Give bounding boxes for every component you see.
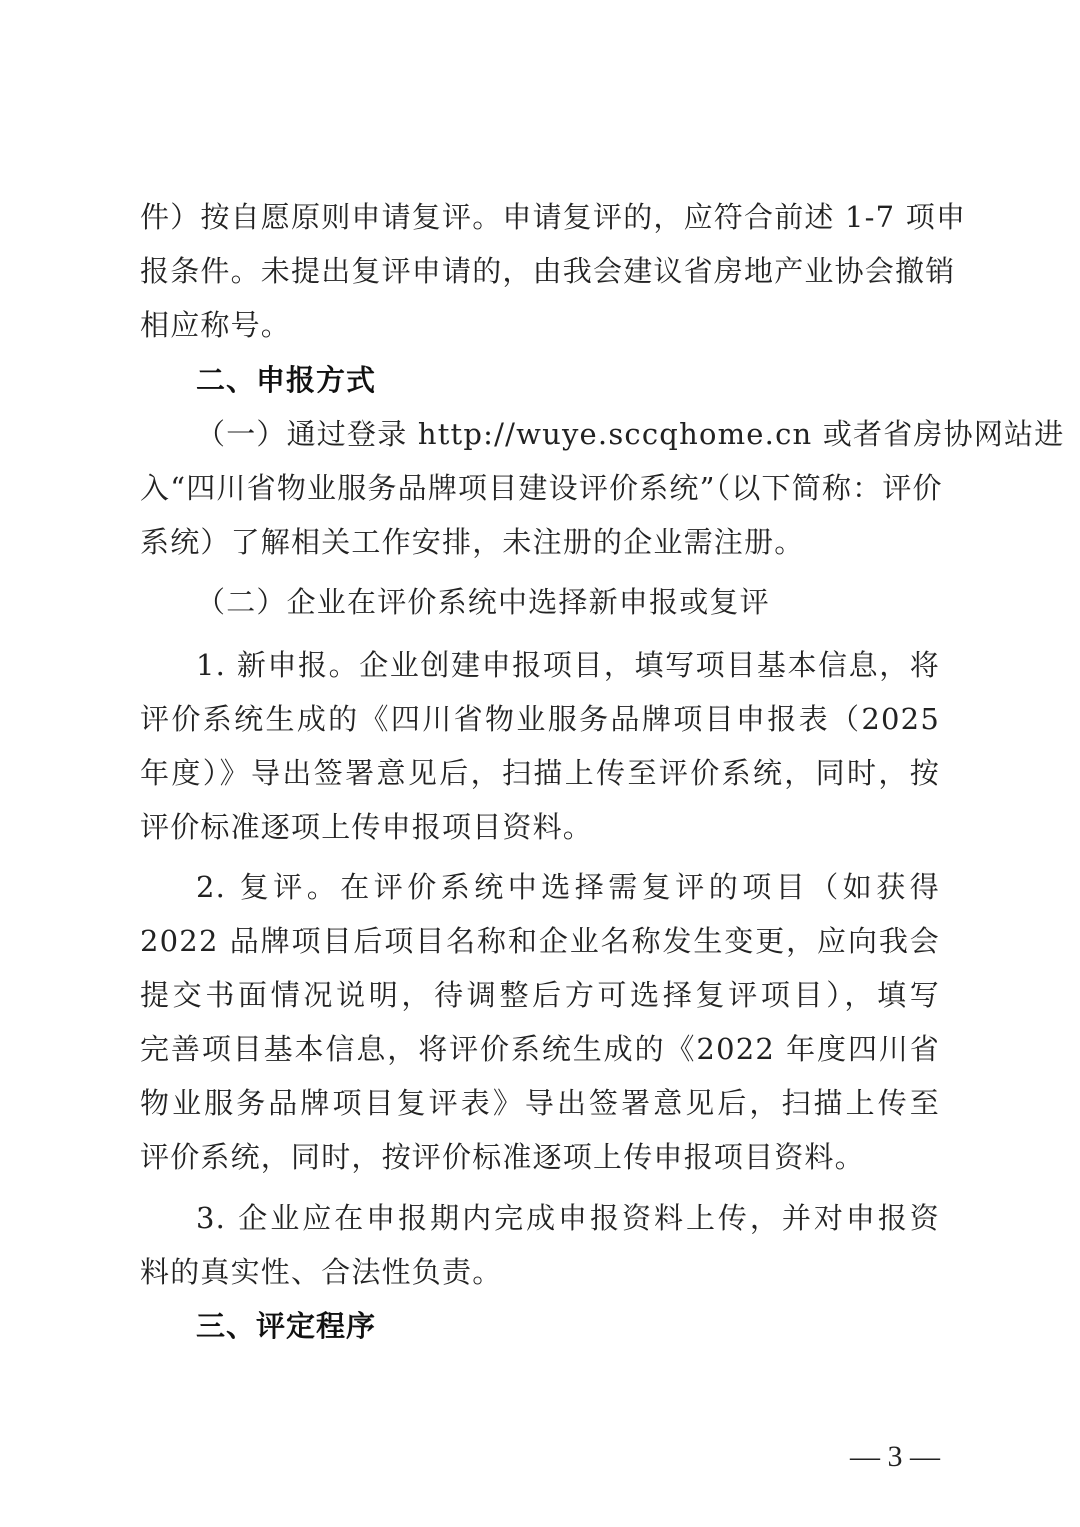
page-number: — 3 — <box>850 1437 940 1477</box>
paragraph-line: 2022 品牌项目后项目名称和企业名称发生变更，应向我会 <box>140 921 940 961</box>
paragraph-line: 3. 企业应在申报期内完成申报资料上传，并对申报资 <box>196 1198 940 1238</box>
paragraph-line: 1. 新申报。企业创建申报项目，填写项目基本信息，将 <box>196 645 940 685</box>
section-heading-submission-method: 二、申报方式 <box>196 360 376 400</box>
paragraph-line: 系统）了解相关工作安排，未注册的企业需注册。 <box>140 522 940 562</box>
document-page: 件）按自愿原则申请复评。申请复评的，应符合前述 1-7 项申 报条件。未提出复评… <box>0 0 1080 1527</box>
paragraph-line: 物业服务品牌项目复评表》导出签署意见后，扫描上传至 <box>140 1083 940 1123</box>
paragraph-line: （二）企业在评价系统中选择新申报或复评 <box>196 582 940 622</box>
paragraph-line: 相应称号。 <box>140 305 940 345</box>
paragraph-line: 提交书面情况说明，待调整后方可选择复评项目），填写 <box>140 975 940 1015</box>
paragraph-line: 评价系统生成的《四川省物业服务品牌项目申报表（2025 <box>140 699 940 739</box>
section-heading-evaluation-procedure: 三、评定程序 <box>196 1306 376 1346</box>
paragraph-line: （一）通过登录 http://wuye.sccqhome.cn 或者省房协网站进 <box>196 414 940 454</box>
paragraph-line: 完善项目基本信息，将评价系统生成的《2022 年度四川省 <box>140 1029 940 1069</box>
paragraph-line: 报条件。未提出复评申请的，由我会建议省房地产业协会撤销 <box>140 251 940 291</box>
paragraph-line: 料的真实性、合法性负责。 <box>140 1252 940 1292</box>
paragraph-line: 年度）》导出签署意见后，扫描上传至评价系统，同时，按 <box>140 753 940 793</box>
paragraph-line: 评价标准逐项上传申报项目资料。 <box>140 807 940 847</box>
paragraph-line: 入“四川省物业服务品牌项目建设评价系统”（以下简称：评价 <box>140 468 940 508</box>
paragraph-line: 件）按自愿原则申请复评。申请复评的，应符合前述 1-7 项申 <box>140 197 940 237</box>
paragraph-line: 评价系统，同时，按评价标准逐项上传申报项目资料。 <box>140 1137 940 1177</box>
paragraph-line: 2. 复评。在评价系统中选择需复评的项目（如获得 <box>196 867 940 907</box>
